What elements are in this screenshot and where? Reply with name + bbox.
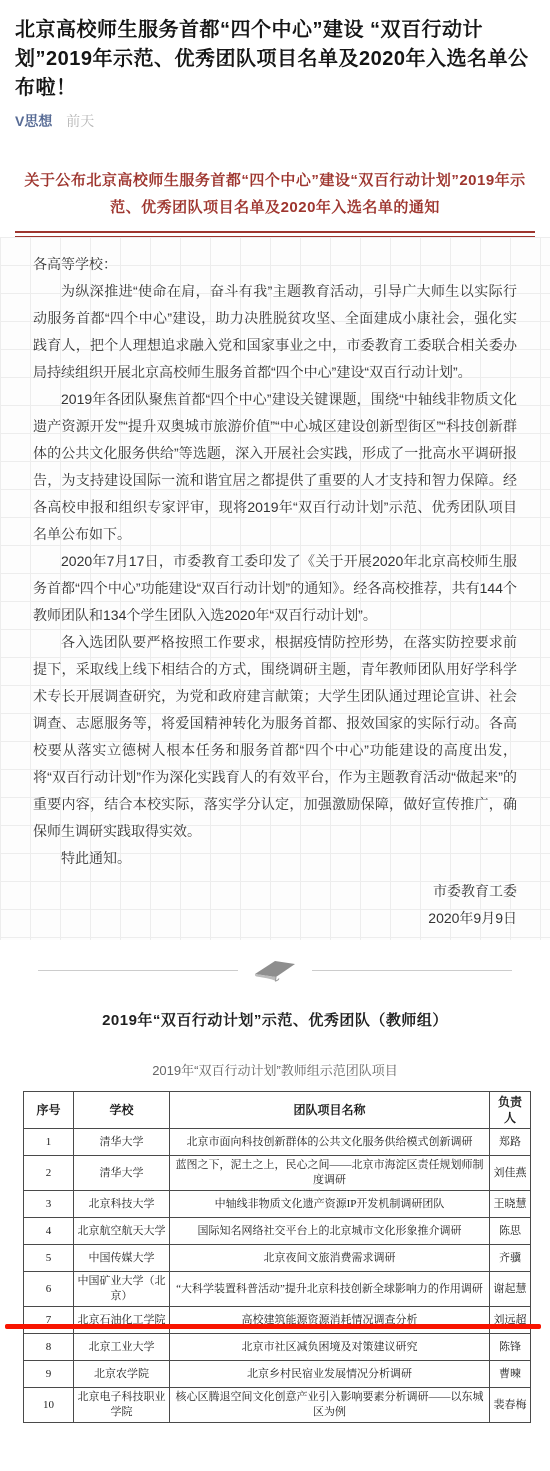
section-title: 2019年“双百行动计划”示范、优秀团队（教师组）	[20, 1009, 530, 1030]
table-cell: 清华大学	[74, 1156, 170, 1191]
section-divider	[38, 958, 512, 983]
notice-paragraph: 为纵深推进“使命在肩，奋斗有我”主题教育活动，引导广大师生以实际行动服务首都“四…	[33, 278, 517, 386]
table-row: 9北京农学院北京乡村民宿业发展情况分析调研曹暕	[24, 1361, 531, 1388]
table-cell: 8	[24, 1334, 74, 1361]
team-table-wrap: 序号 学校 团队项目名称 负责人 1清华大学北京市面向科技创新群体的公共文化服务…	[23, 1091, 530, 1423]
article-page: 北京高校师生服务首都“四个中心”建设 “双百行动计划”2019年示范、优秀团队项…	[0, 0, 550, 1471]
article-meta: V思想 前天	[15, 111, 535, 131]
table-row: 7北京石油化工学院高校建筑能源资源消耗情况调查分析刘远超	[24, 1307, 531, 1334]
table-cell: 北京航空航天大学	[74, 1218, 170, 1245]
table-cell: 刘远超	[490, 1307, 531, 1334]
closing-line: 特此通知。	[33, 845, 517, 872]
sign-date: 2020年9月9日	[33, 905, 517, 932]
table-cell: 核心区腾退空间文化创意产业引入影响要素分析调研——以东城区为例	[170, 1388, 490, 1423]
table-cell: 陈思	[490, 1218, 531, 1245]
table-cell: 9	[24, 1361, 74, 1388]
table-cell: 3	[24, 1191, 74, 1218]
table-cell: 谢起慧	[490, 1272, 531, 1307]
table-cell: 7	[24, 1307, 74, 1334]
table-cell: 中国矿业大学（北京）	[74, 1272, 170, 1307]
divider-line-right	[312, 970, 512, 971]
table-header-row: 序号 学校 团队项目名称 负责人	[24, 1092, 531, 1129]
table-row: 4北京航空航天大学国际知名网络社交平台上的北京城市文化形象推介调研陈思	[24, 1218, 531, 1245]
signature-block: 市委教育工委 2020年9月9日	[33, 878, 517, 932]
table-cell: 4	[24, 1218, 74, 1245]
table-cell: 王晓慧	[490, 1191, 531, 1218]
table-row: 3北京科技大学中轴线非物质文化遗产资源IP开发机制调研团队王晓慧	[24, 1191, 531, 1218]
table-cell: 高校建筑能源资源消耗情况调查分析	[170, 1307, 490, 1334]
divider-line-left	[38, 970, 238, 971]
team-table-body: 1清华大学北京市面向科技创新群体的公共文化服务供给模式创新调研郑路2清华大学蓝图…	[24, 1129, 531, 1423]
table-cell: 齐骥	[490, 1245, 531, 1272]
table-cell: 北京乡村民宿业发展情况分析调研	[170, 1361, 490, 1388]
table-cell: 北京市面向科技创新群体的公共文化服务供给模式创新调研	[170, 1129, 490, 1156]
table-cell: 国际知名网络社交平台上的北京城市文化形象推介调研	[170, 1218, 490, 1245]
table-cell: 郑路	[490, 1129, 531, 1156]
table-cell: 北京石油化工学院	[74, 1307, 170, 1334]
signature: 市委教育工委	[33, 878, 517, 905]
table-cell: 5	[24, 1245, 74, 1272]
table-cell: 北京工业大学	[74, 1334, 170, 1361]
table-cell: 陈锋	[490, 1334, 531, 1361]
table-cell: 曹暕	[490, 1361, 531, 1388]
col-header-index: 序号	[24, 1092, 74, 1129]
table-cell: 北京夜间文旅消费需求调研	[170, 1245, 490, 1272]
author-link[interactable]: V思想	[15, 113, 52, 129]
table-cell: 10	[24, 1388, 74, 1423]
table-cell: “大科学装置科普活动”提升北京科技创新全球影响力的作用调研	[170, 1272, 490, 1307]
notice-paragraphs: 为纵深推进“使命在肩，奋斗有我”主题教育活动，引导广大师生以实际行动服务首都“四…	[33, 278, 517, 845]
notice-paragraph: 2019年各团队聚焦首都“四个中心”建设关键课题，围绕“中轴线非物质文化遗产资源…	[33, 386, 517, 548]
col-header-school: 学校	[74, 1092, 170, 1129]
table-cell: 北京市社区减负困境及对策建议研究	[170, 1334, 490, 1361]
table-row: 8北京工业大学北京市社区减负困境及对策建议研究陈锋	[24, 1334, 531, 1361]
notice-paragraph: 2020年7月17日，市委教育工委印发了《关于开展2020年北京高校师生服务首都…	[33, 548, 517, 629]
table-row: 5中国传媒大学北京夜间文旅消费需求调研齐骥	[24, 1245, 531, 1272]
table-cell: 中轴线非物质文化遗产资源IP开发机制调研团队	[170, 1191, 490, 1218]
highlight-underline	[5, 1324, 541, 1329]
table-cell: 北京农学院	[74, 1361, 170, 1388]
table-row: 1清华大学北京市面向科技创新群体的公共文化服务供给模式创新调研郑路	[24, 1129, 531, 1156]
notice-paragraph: 各入选团队要严格按照工作要求，根据疫情防控形势，在落实防控要求前提下，采取线上线…	[33, 629, 517, 845]
salutation: 各高等学校：	[33, 251, 517, 278]
notice-body: 各高等学校： 为纵深推进“使命在肩，奋斗有我”主题教育活动，引导广大师生以实际行…	[0, 237, 550, 940]
book-icon	[252, 958, 298, 983]
table-row: 2清华大学蓝图之下，泥土之上，民心之间——北京市海淀区责任规划师制度调研刘佳燕	[24, 1156, 531, 1191]
table-cell: 2	[24, 1156, 74, 1191]
table-cell: 北京科技大学	[74, 1191, 170, 1218]
table-cell: 中国传媒大学	[74, 1245, 170, 1272]
table-cell: 清华大学	[74, 1129, 170, 1156]
bottom-spacer	[0, 1451, 550, 1471]
col-header-leader: 负责人	[490, 1092, 531, 1129]
table-cell: 1	[24, 1129, 74, 1156]
table-row: 6中国矿业大学（北京）“大科学装置科普活动”提升北京科技创新全球影响力的作用调研…	[24, 1272, 531, 1307]
table-cell: 6	[24, 1272, 74, 1307]
team-table: 序号 学校 团队项目名称 负责人 1清华大学北京市面向科技创新群体的公共文化服务…	[23, 1091, 531, 1423]
table-row: 10北京电子科技职业学院核心区腾退空间文化创意产业引入影响要素分析调研——以东城…	[24, 1388, 531, 1423]
publish-time: 前天	[66, 113, 94, 129]
table-cell: 裴春梅	[490, 1388, 531, 1423]
table-cell: 刘佳燕	[490, 1156, 531, 1191]
table-cell: 北京电子科技职业学院	[74, 1388, 170, 1423]
page-title: 北京高校师生服务首都“四个中心”建设 “双百行动计划”2019年示范、优秀团队项…	[15, 16, 535, 103]
col-header-project: 团队项目名称	[170, 1092, 490, 1129]
table-caption: 2019年“双百行动计划”教师组示范团队项目	[20, 1060, 530, 1079]
table-cell: 蓝图之下，泥土之上，民心之间——北京市海淀区责任规划师制度调研	[170, 1156, 490, 1191]
notice-heading: 关于公布北京高校师生服务首都“四个中心”建设“双百行动计划”2019年示范、优秀…	[18, 167, 532, 221]
